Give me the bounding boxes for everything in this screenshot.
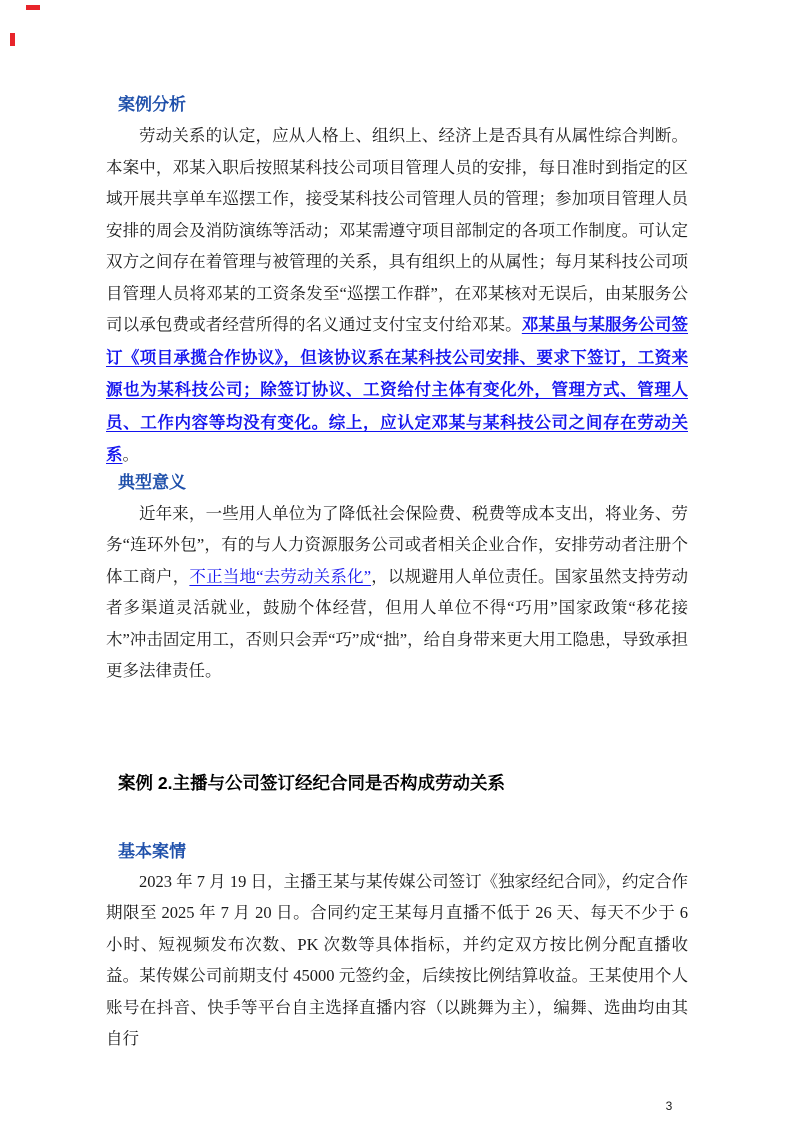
text-run-analysis: 劳动关系的认定，应从人格上、组织上、经济上是否具有从属性综合判断。本案中，邓某入… [106, 126, 688, 334]
heading-typical-significance: 典型意义 [118, 472, 688, 494]
document-body: 案例分析 劳动关系的认定，应从人格上、组织上、经济上是否具有从属性综合判断。本案… [106, 0, 688, 1055]
paragraph-case-analysis: 劳动关系的认定，应从人格上、组织上、经济上是否具有从属性综合判断。本案中，邓某入… [106, 120, 688, 472]
paragraph-basic-facts: 2023 年 7 月 19 日，主播王某与某传媒公司签订《独家经纪合同》，约定合… [106, 866, 688, 1055]
red-annotation-mark-2 [10, 33, 15, 46]
heading-case-analysis: 案例分析 [118, 94, 688, 116]
heading-case-2-title: 案例 2.主播与公司签订经纪合同是否构成劳动关系 [118, 770, 688, 796]
link-delaborization[interactable]: 不正当地“去劳动关系化” [189, 567, 371, 586]
heading-basic-facts: 基本案情 [118, 841, 688, 863]
text-run-period: 。 [123, 445, 140, 464]
link-conclusion-labor-relation[interactable]: 邓某虽与某服务公司签订《项目承揽合作协议》，但该协议系在某科技公司安排、要求下签… [106, 316, 688, 464]
page-number: 3 [655, 1098, 683, 1114]
red-annotation-mark-1 [26, 5, 40, 10]
paragraph-typical-significance: 近年来，一些用人单位为了降低社会保险费、税费等成本支出，将业务、劳务“连环外包”… [106, 498, 688, 687]
document-page: 案例分析 劳动关系的认定，应从人格上、组织上、经济上是否具有从属性综合判断。本案… [0, 0, 793, 1122]
